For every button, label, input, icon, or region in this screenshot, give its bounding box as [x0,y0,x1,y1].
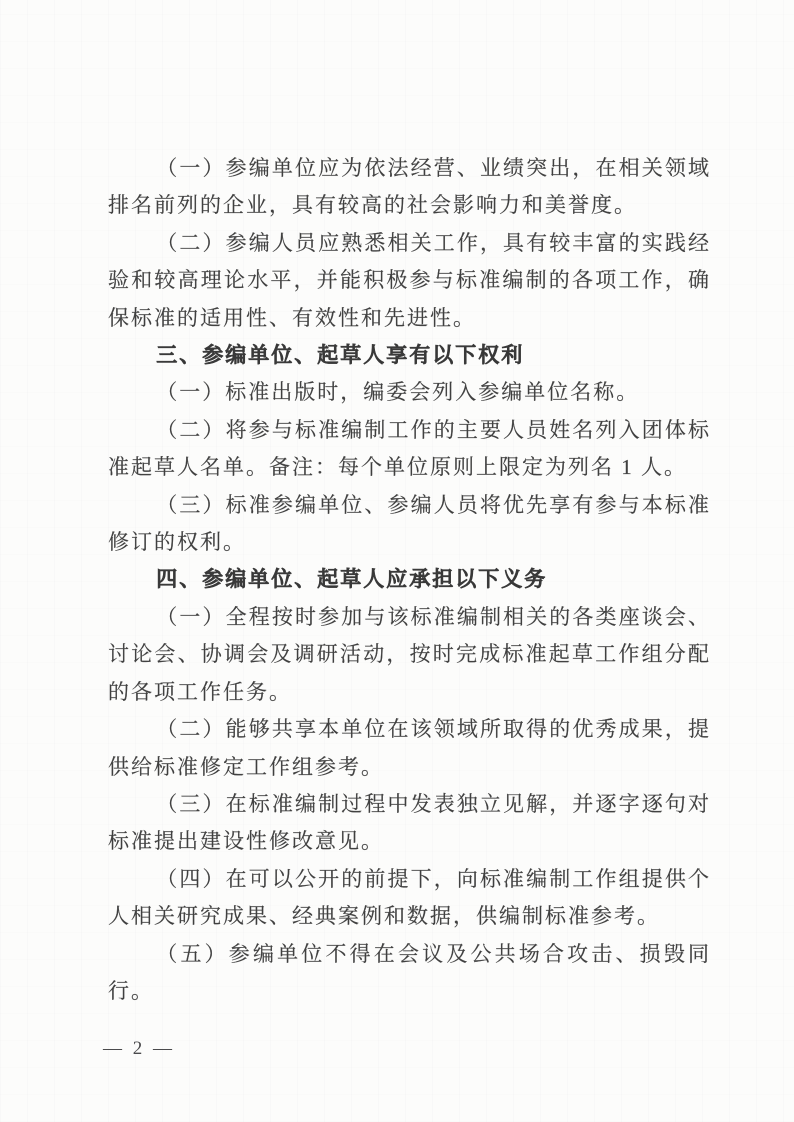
paragraph-item-3b: （三）标准参编单位、参编人员将优先享有参与本标准修订的权利。 [108,487,711,562]
document-page: （一）参编单位应为依法经营、业绩突出，在相关领域排名前列的企业，具有较高的社会影… [0,0,794,1122]
paragraph-item-3c: （三）在标准编制过程中发表独立见解，并逐字逐句对标准提出建设性修改意见。 [108,786,711,861]
paragraph-item-1a: （一）参编单位应为依法经营、业绩突出，在相关领域排名前列的企业，具有较高的社会影… [108,150,711,225]
paragraph-item-2b: （二）将参与标准编制工作的主要人员姓名列入团体标准起草人名单。备注：每个单位原则… [108,412,711,487]
page-number: — 2 — [103,1036,175,1062]
paragraph-item-1c: （一）全程按时参加与该标准编制相关的各类座谈会、讨论会、协调会及调研活动，按时完… [108,599,711,711]
paragraph-item-2c: （二）能够共享本单位在该领域所取得的优秀成果，提供给标准修定工作组参考。 [108,711,711,786]
paragraph-item-1b: （一）标准出版时，编委会列入参编单位名称。 [108,374,711,411]
document-body: （一）参编单位应为依法经营、业绩突出，在相关领域排名前列的企业，具有较高的社会影… [108,150,711,1010]
paragraph-item-5c: （五）参编单位不得在会议及公共场合攻击、损毁同行。 [108,936,711,1011]
paragraph-item-2a: （二）参编人员应熟悉相关工作，具有较丰富的实践经验和较高理论水平，并能积极参与标… [108,225,711,337]
paragraph-item-4c: （四）在可以公开的前提下，向标准编制工作组提供个人相关研究成果、经典案例和数据，… [108,861,711,936]
section-heading-3: 三、参编单位、起草人享有以下权利 [108,337,711,374]
section-heading-4: 四、参编单位、起草人应承担以下义务 [108,561,711,598]
